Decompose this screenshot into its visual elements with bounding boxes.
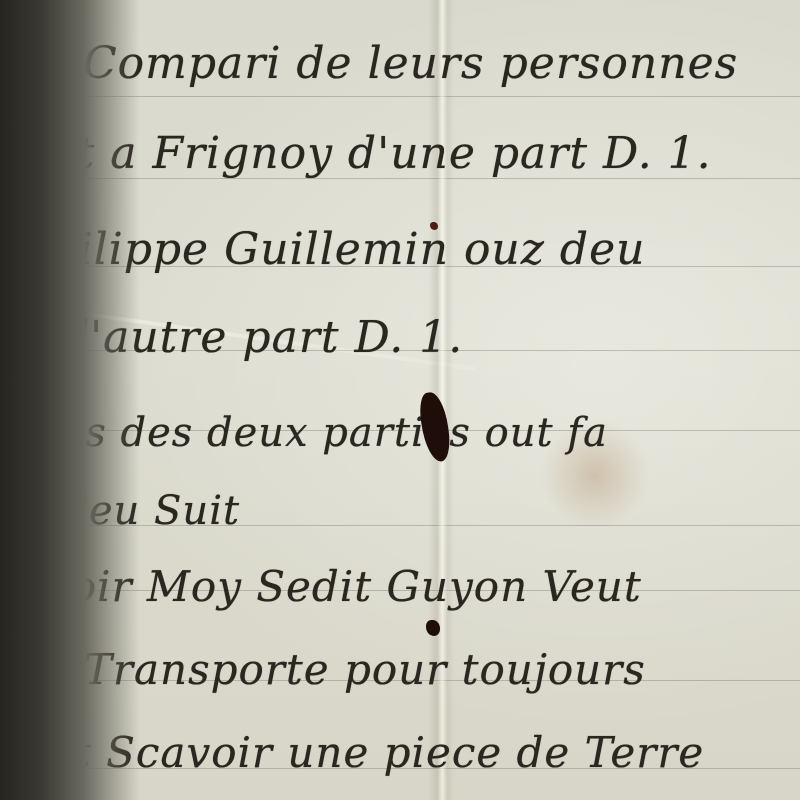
burn-hole <box>426 620 440 636</box>
manuscript-photo: nt Compari de leurs personnes ant a Frig… <box>0 0 800 800</box>
burn-mark <box>430 222 438 230</box>
photo-shadow <box>0 0 140 800</box>
